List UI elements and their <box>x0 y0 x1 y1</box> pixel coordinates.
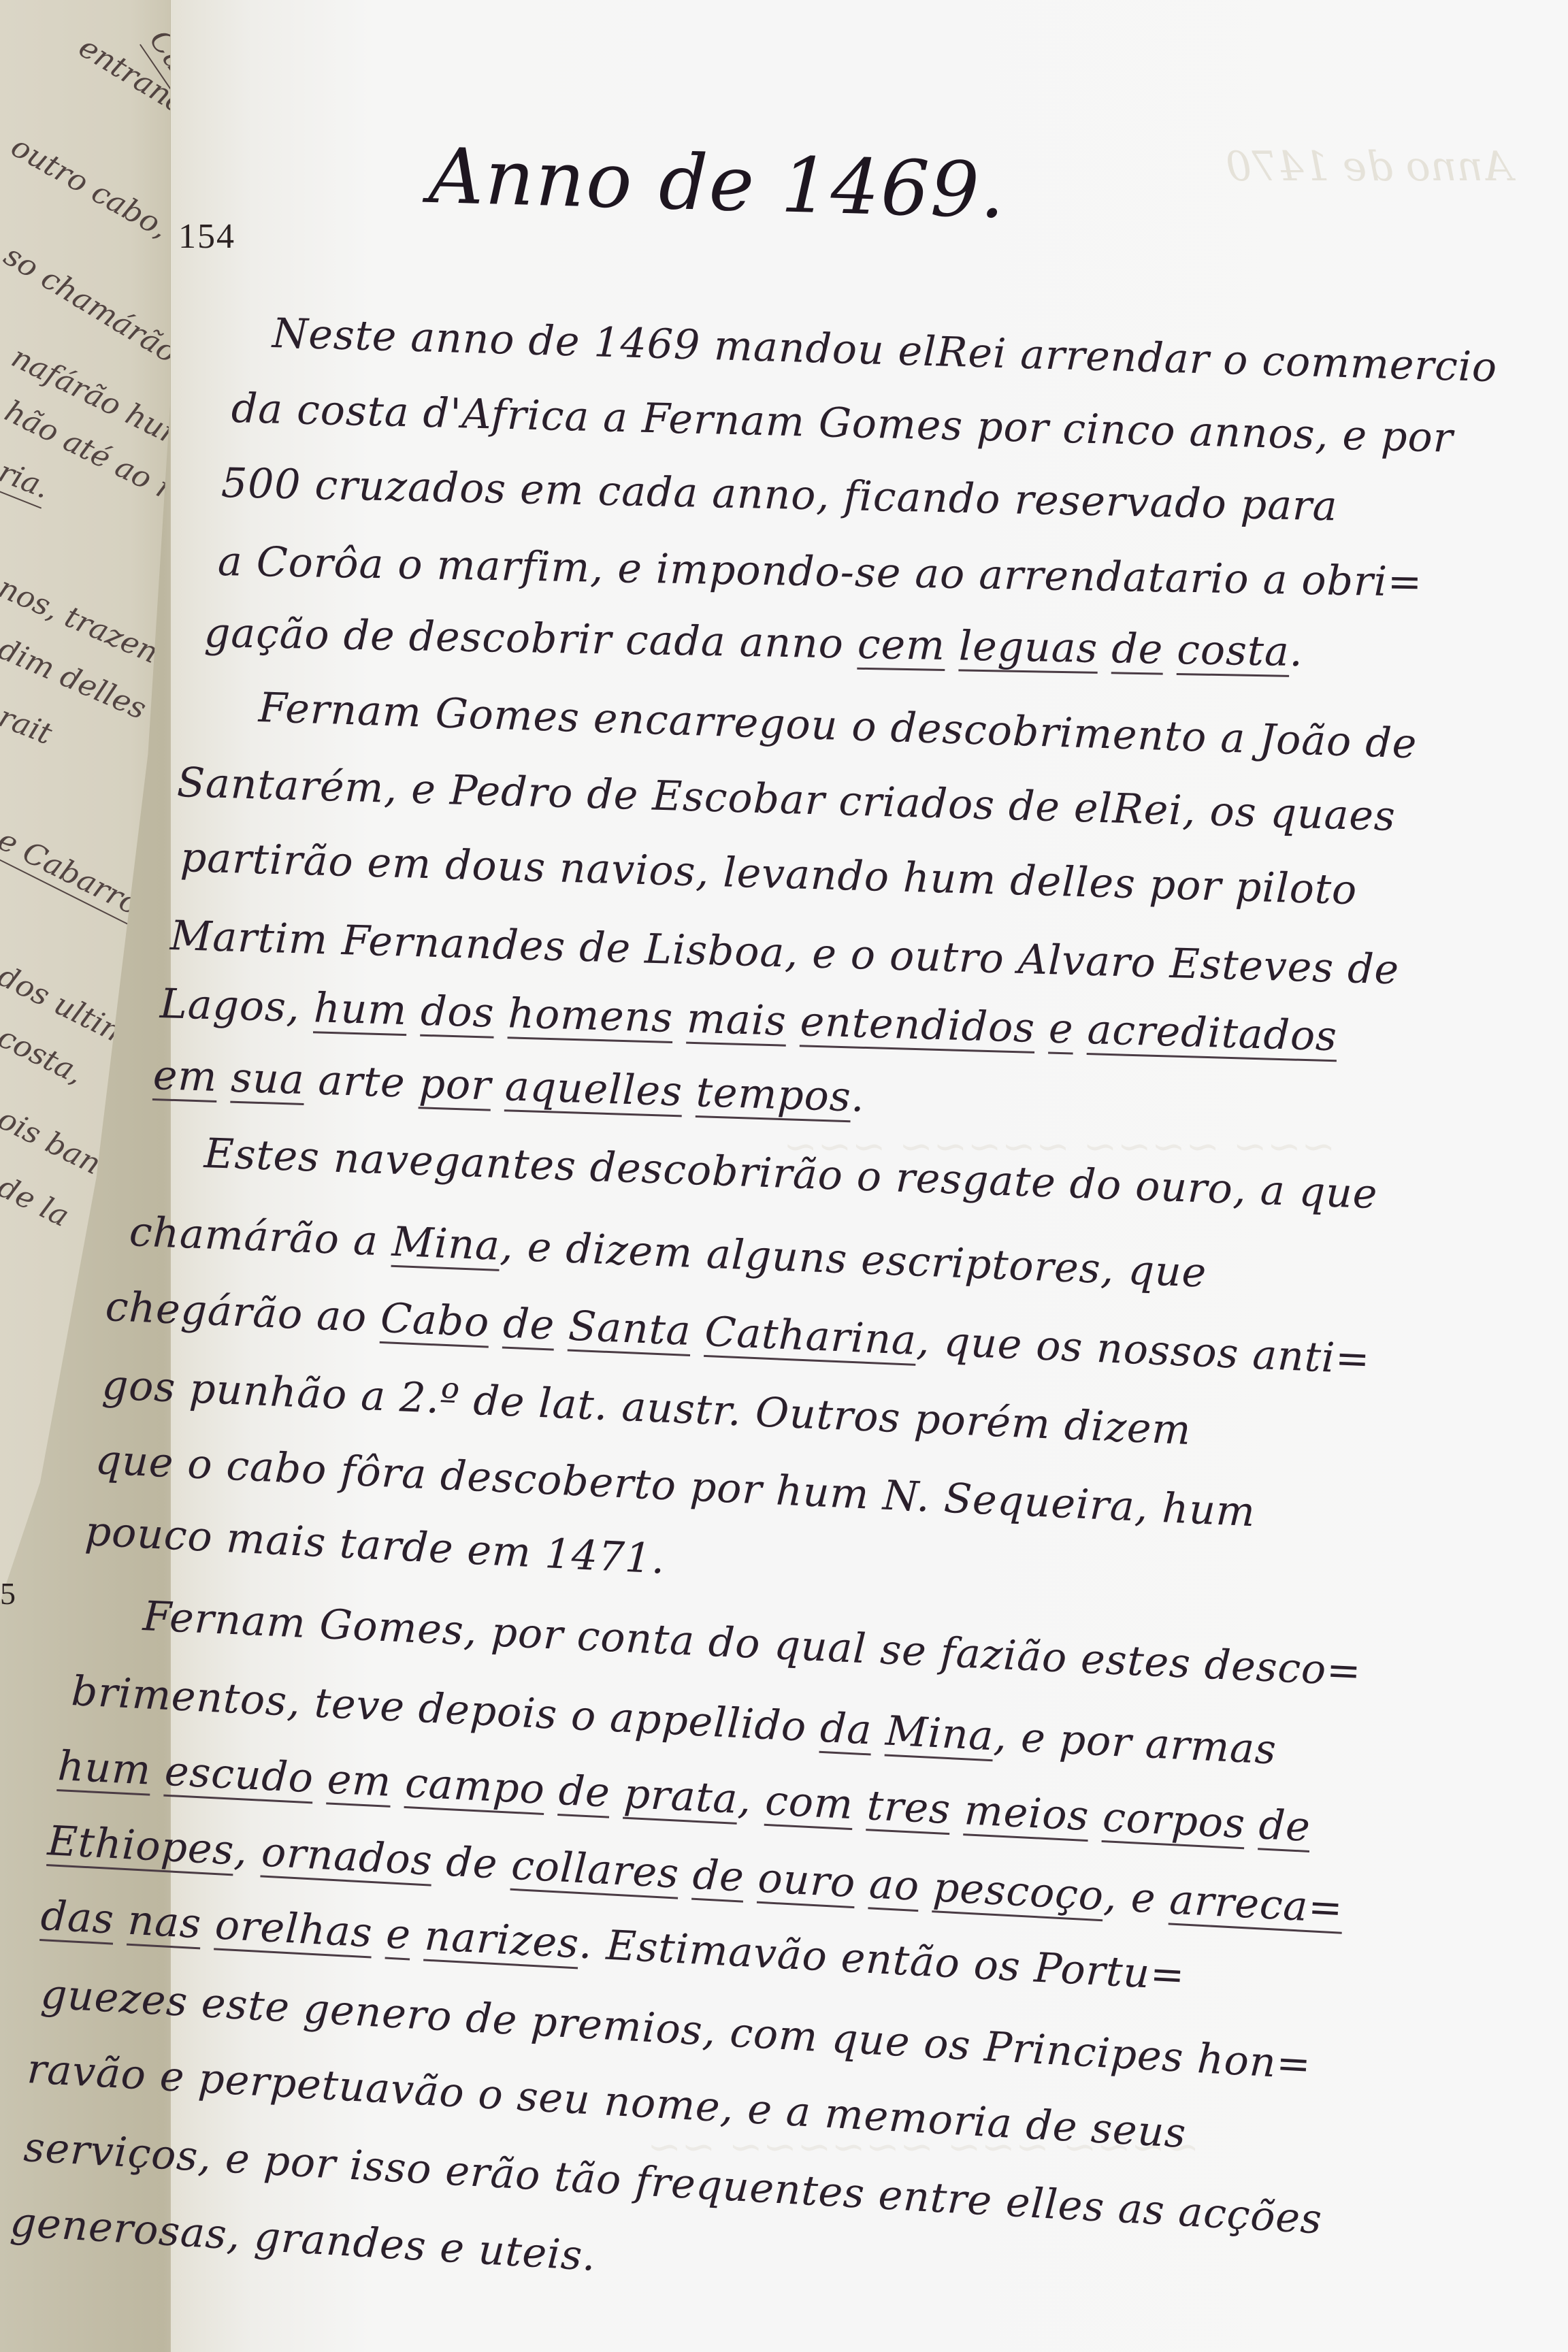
underlined-word: costa <box>1177 626 1290 676</box>
underlined-word: pescoço <box>932 1863 1105 1920</box>
text-segment <box>1073 1006 1088 1054</box>
underlined-word: mais <box>686 995 787 1045</box>
text-segment <box>406 987 421 1035</box>
text-segment: pouco mais tarde em 1471. <box>84 1507 666 1584</box>
underlined-word: leguas <box>958 622 1098 672</box>
text-line: partirão em dous navios, levando hum del… <box>180 834 1358 914</box>
text-line: chamárão a Mina, e dizem alguns escripto… <box>129 1208 1208 1297</box>
underlined-word: hum <box>56 1742 152 1795</box>
text-segment <box>1163 626 1177 674</box>
text-segment: , <box>737 1776 767 1825</box>
text-segment: , <box>233 1827 263 1876</box>
text-segment: , que os nossos anti= <box>915 1317 1371 1384</box>
underlined-word: nas <box>127 1897 203 1948</box>
underlined-word: tres <box>866 1782 951 1833</box>
underlined-word: ao <box>868 1860 920 1910</box>
underlined-word: Mina <box>391 1218 502 1270</box>
text-line: Santarém, e Pedro de Escobar criados de … <box>176 759 1396 840</box>
text-segment: da costa d'Africa a Fernam Gomes por cin… <box>231 385 1454 462</box>
text-segment: partirão em dous navios, levando hum del… <box>180 834 1358 914</box>
underlined-word: hum <box>313 984 408 1034</box>
underlined-word: e <box>1048 1004 1074 1053</box>
underlined-word: de <box>502 1300 556 1350</box>
underlined-word: corpos <box>1102 1793 1247 1848</box>
text-line: chegárão ao Cabo de Santa Catharina, que… <box>105 1283 1371 1384</box>
text-segment: chamárão a <box>129 1208 393 1266</box>
underlined-word: Santa <box>568 1303 692 1355</box>
underlined-word: orelhas <box>214 1901 374 1957</box>
text-segment: Neste anno de 1469 mandou elRei arrendar… <box>272 310 1498 391</box>
text-line: pouco mais tarde em 1471. <box>84 1507 666 1584</box>
text-segment: Santarém, e Pedro de Escobar criados de … <box>176 759 1396 840</box>
text-segment <box>682 1068 697 1116</box>
underlined-word: tempos <box>696 1068 852 1121</box>
text-segment: , e <box>1102 1872 1171 1923</box>
text-segment: gação de descobrir cada anno <box>203 609 857 668</box>
text-line: Fernam Gomes encarregou o descobrimento … <box>258 684 1418 768</box>
text-segment: de <box>431 1837 513 1889</box>
text-line: gação de descobrir cada anno cem leguas … <box>203 609 1303 676</box>
text-segment <box>672 994 687 1043</box>
text-line: 500 cruzados em cada anno, ficando reser… <box>220 459 1338 530</box>
text-segment: a Corôa o marfim, e impondo-se ao arrend… <box>217 538 1422 606</box>
text-segment: gos punhão a 2.º de lat. austr. Outros p… <box>101 1361 1192 1454</box>
text-line: Neste anno de 1469 mandou elRei arrendar… <box>272 310 1498 391</box>
underlined-word: por <box>419 1060 492 1109</box>
underlined-word: collares <box>510 1842 681 1898</box>
underlined-word: arreca= <box>1169 1876 1345 1932</box>
text-segment: Lagos, <box>159 980 314 1032</box>
text-line: a Corôa o marfim, e impondo-se ao arrend… <box>217 538 1422 606</box>
document-body: Neste anno de 1469 mandou elRei arrendar… <box>0 0 1568 2352</box>
text-line: Estes navegantes descobrirão o resgate d… <box>203 1130 1379 1218</box>
underlined-word: narizes <box>423 1912 581 1968</box>
underlined-word: aquelles <box>504 1062 683 1115</box>
underlined-word: de <box>1258 1801 1311 1851</box>
underlined-word: de <box>1111 625 1164 673</box>
text-segment: , e dizem alguns escriptores, que <box>499 1222 1207 1297</box>
text-segment <box>1034 1004 1049 1053</box>
text-segment: Estes navegantes descobrirão o resgate d… <box>203 1130 1379 1218</box>
text-segment: , e por armas <box>993 1712 1278 1774</box>
underlined-word: acreditados <box>1087 1006 1338 1060</box>
underlined-word: cem <box>857 621 945 670</box>
underlined-word: escudo <box>163 1748 314 1803</box>
underlined-word: campo <box>404 1759 546 1814</box>
underlined-word: Mina <box>885 1708 995 1761</box>
underlined-word: Catharina <box>704 1308 917 1365</box>
underlined-word: das <box>39 1892 115 1944</box>
text-line: generosas, grandes e uteis. <box>9 2198 598 2281</box>
text-line: Lagos, hum dos homens mais entendidos e … <box>159 980 1338 1060</box>
underlined-word: da <box>819 1704 874 1754</box>
text-line: da costa d'Africa a Fernam Gomes por cin… <box>231 385 1454 462</box>
text-segment: generosas, grandes e uteis. <box>9 2198 598 2281</box>
text-segment: . <box>851 1073 866 1122</box>
text-segment: Martim Fernandes de Lisboa, e o outro Al… <box>169 912 1400 994</box>
text-segment: 500 cruzados em cada anno, ficando reser… <box>220 459 1338 530</box>
underlined-word: em <box>152 1051 218 1101</box>
underlined-word: entendidos <box>800 998 1036 1052</box>
underlined-word: homens <box>508 990 674 1042</box>
text-segment: . <box>1289 628 1303 676</box>
text-segment: chegárão ao <box>105 1283 382 1342</box>
text-line: Martim Fernandes de Lisboa, e o outro Al… <box>169 912 1400 994</box>
text-segment: Fernam Gomes encarregou o descobrimento … <box>258 684 1418 768</box>
underlined-word: e <box>385 1910 412 1959</box>
text-segment <box>786 998 801 1046</box>
underlined-word: ouro <box>757 1855 857 1907</box>
text-segment: . Estimavão então os Portu= <box>578 1920 1186 1999</box>
underlined-word: dos <box>420 987 495 1037</box>
text-segment <box>1098 625 1112 672</box>
underlined-word: prata <box>623 1770 739 1823</box>
text-line: em sua arte por aquelles tempos. <box>152 1051 866 1122</box>
underlined-word: Cabo <box>380 1294 491 1347</box>
underlined-word: em <box>326 1755 393 1806</box>
text-segment <box>494 990 509 1038</box>
text-segment <box>945 622 959 670</box>
text-segment: arte <box>304 1056 419 1107</box>
underlined-word: ornados <box>260 1829 434 1885</box>
underlined-word: Ethiopes <box>46 1817 235 1874</box>
text-line: gos punhão a 2.º de lat. austr. Outros p… <box>101 1361 1192 1454</box>
underlined-word: de <box>691 1851 745 1901</box>
underlined-word: sua <box>230 1054 305 1104</box>
underlined-word: meios <box>963 1786 1090 1840</box>
text-segment: brimentos, teve depois o appellido <box>70 1667 821 1752</box>
text-segment <box>491 1062 506 1111</box>
underlined-word: com <box>764 1777 855 1829</box>
underlined-word: de <box>557 1767 611 1817</box>
